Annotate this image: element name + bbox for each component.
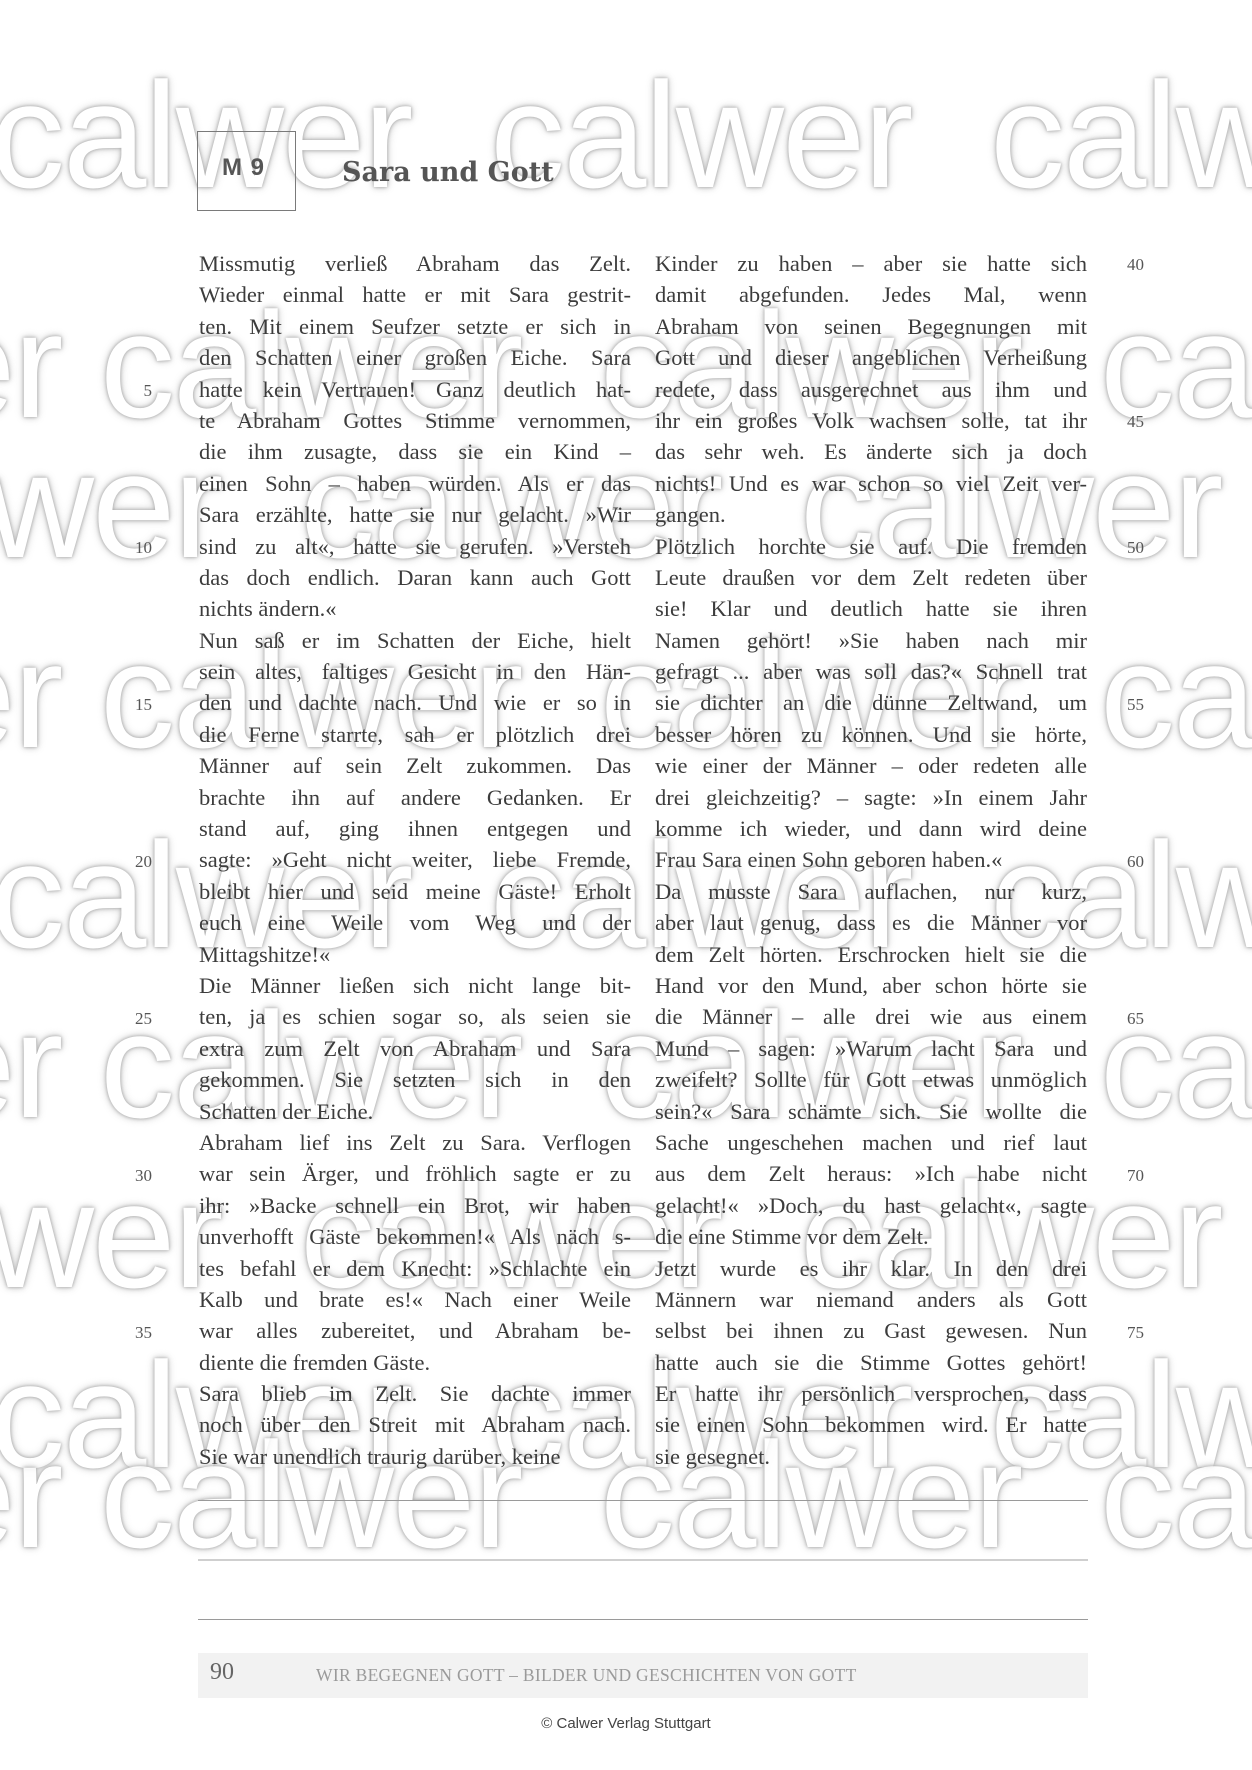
line-number: 35 — [124, 1323, 152, 1343]
text-line: die eine Stimme vor dem Zelt. — [655, 1221, 1087, 1252]
text-line: sie einen Sohn bekommen wird. Er hatte — [655, 1409, 1087, 1440]
text-line: gefragt ... aber was soll das?« Schnell … — [655, 656, 1087, 687]
text-line: komme ich wieder, und dann wird deine — [655, 813, 1087, 844]
page-number: 90 — [210, 1659, 234, 1686]
text-line: Leute draußen vor dem Zelt redeten über — [655, 562, 1087, 593]
text-line: einen Sohn – haben würden. Als er das — [199, 468, 631, 499]
text-line: Schatten der Eiche. — [199, 1096, 631, 1127]
book-title: WIR BEGEGNEN GOTT – BILDER UND GESCHICHT… — [316, 1665, 857, 1686]
text-line: die ihm zusagte, dass sie ein Kind – — [199, 436, 631, 467]
line-number: 70 — [1127, 1166, 1144, 1186]
text-line: damit abgefunden. Jedes Mal, wenn — [655, 279, 1087, 310]
text-line: Kalb und brate es!« Nach einer Weile — [199, 1284, 631, 1315]
text-line: dem Zelt hörten. Erschrocken hielt sie d… — [655, 939, 1087, 970]
text-line: sein?« Sara schämte sich. Sie wollte die — [655, 1096, 1087, 1127]
text-line: wie einer der Männer – oder redeten alle — [655, 750, 1087, 781]
text-line: hatte kein Vertrauen! Ganz deutlich hat- — [199, 374, 631, 405]
text-line: tes befahl er dem Knecht: »Schlachte ein — [199, 1253, 631, 1284]
text-line: Namen gehört! »Sie haben nach mir — [655, 625, 1087, 656]
material-label: M 9 — [222, 154, 265, 182]
line-number: 10 — [124, 538, 152, 558]
line-number: 55 — [1127, 695, 1144, 715]
text-line: Die Männer ließen sich nicht lange bit- — [199, 970, 631, 1001]
text-line: Männern war niemand anders als Gott — [655, 1284, 1087, 1315]
line-number: 75 — [1127, 1323, 1144, 1343]
text-line: den Schatten einer großen Eiche. Sara — [199, 342, 631, 373]
text-line: redete, dass ausgerechnet aus ihm und — [655, 374, 1087, 405]
text-line: ihr: »Backe schnell ein Brot, wir haben — [199, 1190, 631, 1221]
text-line: gekommen. Sie setzten sich in den — [199, 1064, 631, 1095]
text-line: Frau Sara einen Sohn geboren haben.« — [655, 844, 1087, 875]
text-line: Sie war unendlich traurig darüber, keine — [199, 1441, 631, 1472]
text-line: Sara erzählte, hatte sie nur gelacht. »W… — [199, 499, 631, 530]
text-line: aus dem Zelt heraus: »Ich habe nicht — [655, 1158, 1087, 1189]
text-line: gangen. — [655, 499, 1087, 530]
text-line: das doch endlich. Daran kann auch Gott — [199, 562, 631, 593]
text-line: Männer auf sein Zelt zukommen. Das — [199, 750, 631, 781]
text-line: aber laut genug, dass es die Männer vor — [655, 907, 1087, 938]
text-line: Abraham von seinen Begegnungen mit — [655, 311, 1087, 342]
text-line: sie gesegnet. — [655, 1441, 1087, 1472]
text-line: noch über den Streit mit Abraham nach. — [199, 1409, 631, 1440]
writing-line-1 — [198, 1500, 1088, 1501]
line-number: 20 — [124, 852, 152, 872]
writing-line-2 — [198, 1559, 1088, 1561]
text-line: Da musste Sara auflachen, nur kurz, — [655, 876, 1087, 907]
line-number: 50 — [1127, 538, 1144, 558]
text-line: euch eine Weile vom Weg und der — [199, 907, 631, 938]
writing-line-3 — [198, 1619, 1088, 1620]
text-line: bleibt hier und seid meine Gäste! Erholt — [199, 876, 631, 907]
text-line: drei gleichzeitig? – sagte: »In einem Ja… — [655, 782, 1087, 813]
text-line: war sein Ärger, und fröhlich sagte er zu — [199, 1158, 631, 1189]
text-line: Gott und dieser angeblichen Verheißung — [655, 342, 1087, 373]
text-line: Nun saß er im Schatten der Eiche, hielt — [199, 625, 631, 656]
text-line: Plötzlich horchte sie auf. Die fremden — [655, 531, 1087, 562]
text-line: stand auf, ging ihnen entgegen und — [199, 813, 631, 844]
text-line: nichts ändern.« — [199, 593, 631, 624]
line-number: 25 — [124, 1009, 152, 1029]
text-line: ihr ein großes Volk wachsen solle, tat i… — [655, 405, 1087, 436]
text-column-right: Kinder zu haben – aber sie hatte sichdam… — [655, 248, 1087, 1472]
text-line: Hand vor den Mund, aber schon hörte sie — [655, 970, 1087, 1001]
line-number: 30 — [124, 1166, 152, 1186]
text-line: Missmutig verließ Abraham das Zelt. — [199, 248, 631, 279]
text-line: besser hören zu können. Und sie hörte, — [655, 719, 1087, 750]
text-line: sein altes, faltiges Gesicht in den Hän- — [199, 656, 631, 687]
text-line: nichts! Und es war schon so viel Zeit ve… — [655, 468, 1087, 499]
page-footer: 90 WIR BEGEGNEN GOTT – BILDER UND GESCHI… — [198, 1653, 1088, 1698]
text-line: Sara blieb im Zelt. Sie dachte immer — [199, 1378, 631, 1409]
text-line: extra zum Zelt von Abraham und Sara — [199, 1033, 631, 1064]
worksheet-page: M 9 Sara und Gott Missmutig verließ Abra… — [0, 0, 1252, 1770]
text-line: Kinder zu haben – aber sie hatte sich — [655, 248, 1087, 279]
line-number: 40 — [1127, 255, 1144, 275]
text-line: sie! Klar und deutlich hatte sie ihren — [655, 593, 1087, 624]
text-line: hatte auch sie die Stimme Gottes gehört! — [655, 1347, 1087, 1378]
text-line: Jetzt wurde es ihr klar. In den drei — [655, 1253, 1087, 1284]
text-line: den und dachte nach. Und wie er so in — [199, 687, 631, 718]
text-line: Abraham lief ins Zelt zu Sara. Verflogen — [199, 1127, 631, 1158]
line-number: 60 — [1127, 852, 1144, 872]
text-line: unverhofft Gäste bekommen!« Als näch s- — [199, 1221, 631, 1252]
text-line: ten. Mit einem Seufzer setzte er sich in — [199, 311, 631, 342]
text-line: selbst bei ihnen zu Gast gewesen. Nun — [655, 1315, 1087, 1346]
text-line: brachte ihn auf andere Gedanken. Er — [199, 782, 631, 813]
line-number: 65 — [1127, 1009, 1144, 1029]
copyright-notice: © Calwer Verlag Stuttgart — [0, 1715, 1252, 1732]
text-line: Mund – sagen: »Warum lacht Sara und — [655, 1033, 1087, 1064]
text-line: zweifelt? Sollte für Gott etwas unmöglic… — [655, 1064, 1087, 1095]
text-line: diente die fremden Gäste. — [199, 1347, 631, 1378]
text-line: das sehr weh. Es änderte sich ja doch — [655, 436, 1087, 467]
text-line: war alles zubereitet, und Abraham be- — [199, 1315, 631, 1346]
line-number: 45 — [1127, 412, 1144, 432]
text-line: sagte: »Geht nicht weiter, liebe Fremde, — [199, 844, 631, 875]
text-line: die Männer – alle drei wie aus einem — [655, 1001, 1087, 1032]
text-line: gelacht!« »Doch, du hast gelacht«, sagte — [655, 1190, 1087, 1221]
text-line: Mittagshitze!« — [199, 939, 631, 970]
text-line: die Ferne starrte, sah er plötzlich drei — [199, 719, 631, 750]
text-line: Er hatte ihr persönlich versprochen, das… — [655, 1378, 1087, 1409]
line-number: 15 — [124, 695, 152, 715]
line-number: 5 — [124, 381, 152, 401]
text-column-left: Missmutig verließ Abraham das Zelt.Wiede… — [199, 248, 631, 1472]
text-line: te Abraham Gottes Stimme vernommen, — [199, 405, 631, 436]
material-number-box: M 9 — [197, 131, 296, 211]
page-title: Sara und Gott — [342, 157, 554, 188]
text-line: Wieder einmal hatte er mit Sara gestrit- — [199, 279, 631, 310]
text-line: sind zu alt«, hatte sie gerufen. »Verste… — [199, 531, 631, 562]
text-line: sie dichter an die dünne Zeltwand, um — [655, 687, 1087, 718]
text-line: ten, ja es schien sogar so, als seien si… — [199, 1001, 631, 1032]
text-line: Sache ungeschehen machen und rief laut — [655, 1127, 1087, 1158]
